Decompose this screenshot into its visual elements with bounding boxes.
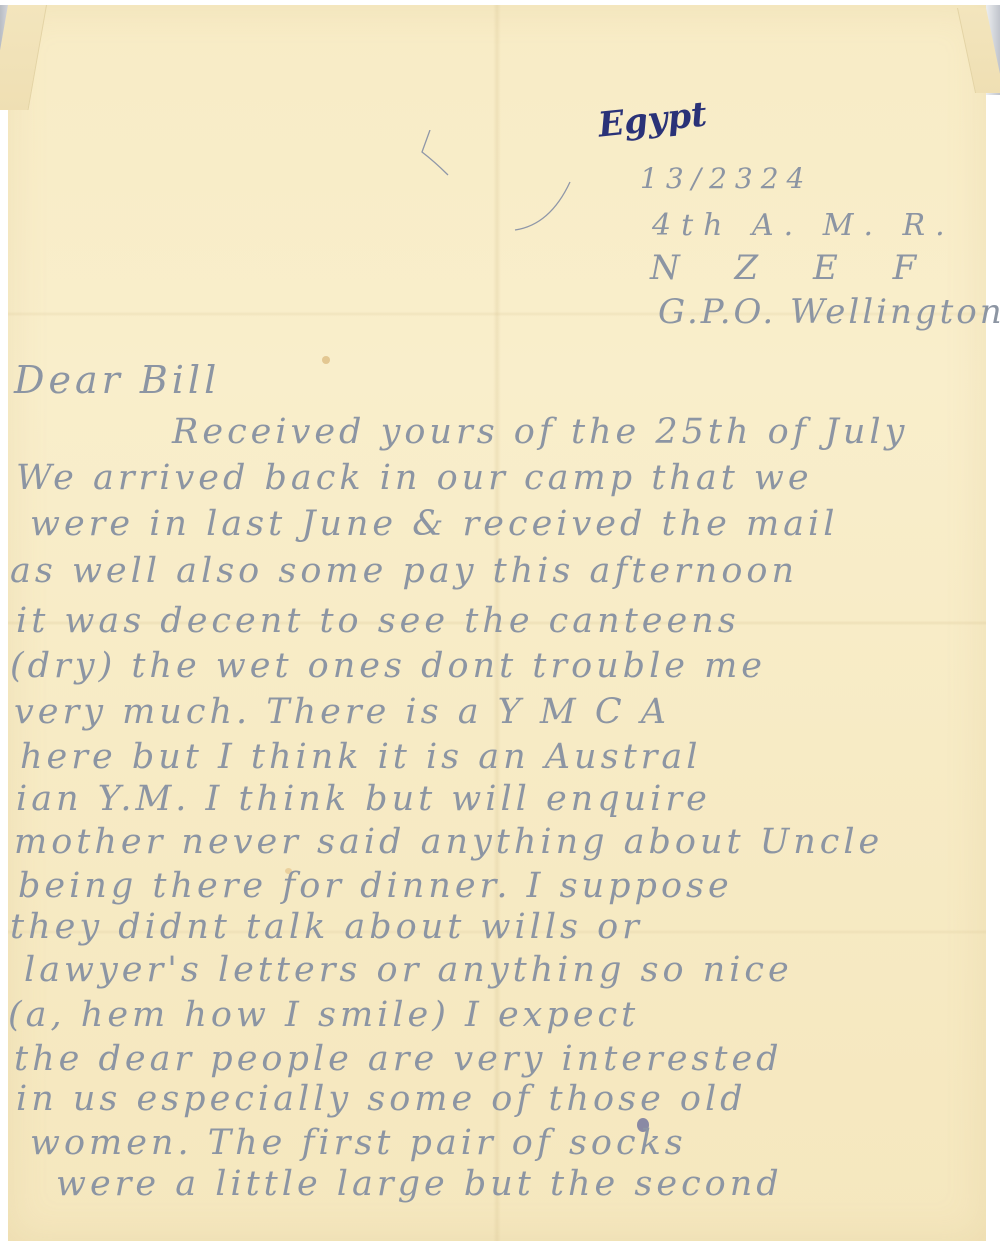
header-unit: 4th A. M. R. bbox=[652, 208, 955, 243]
letter-line-11: being there for dinner. I suppose bbox=[18, 866, 733, 906]
paper-stain bbox=[322, 356, 330, 364]
letter-line-7: very much. There is a Y M C A bbox=[14, 692, 670, 732]
letter-line-12: they didnt talk about wills or bbox=[10, 907, 643, 947]
letter-line-16: in us especially some of those old bbox=[16, 1079, 747, 1119]
letter-line-5: it was decent to see the canteens bbox=[16, 601, 740, 641]
letter-line-1: Received yours of the 25th of July bbox=[172, 412, 908, 452]
letter-line-3: were in last June & received the mail bbox=[30, 504, 838, 544]
letter-line-10: mother never said anything about Uncle bbox=[14, 822, 883, 862]
letter-line-2: We arrived back in our camp that we bbox=[16, 458, 813, 498]
letter-line-9: ian Y.M. I think but will enquire bbox=[16, 779, 711, 819]
letter-line-8: here but I think it is an Austral bbox=[20, 737, 701, 777]
letter-line-14: (a, hem how I smile) I expect bbox=[8, 995, 639, 1035]
letter-line-17: women. The first pair of socks bbox=[30, 1123, 687, 1163]
letter-line-6: (dry) the wet ones dont trouble me bbox=[10, 646, 766, 686]
header-address: G.P.O. Wellington bbox=[658, 292, 1000, 332]
letter-line-15: the dear people are very interested bbox=[14, 1039, 783, 1079]
salutation: Dear Bill bbox=[14, 358, 220, 402]
header-service-number: 13/2324 bbox=[640, 162, 812, 195]
scanned-letter-page: Egypt 13/2324 4th A. M. R. N Z E F G.P.O… bbox=[0, 0, 1000, 1249]
header-force: N Z E F bbox=[650, 248, 938, 288]
letter-line-4: as well also some pay this afternoon bbox=[10, 551, 798, 591]
letter-line-18: were a little large but the second bbox=[56, 1164, 783, 1204]
letter-line-13: lawyer's letters or anything so nice bbox=[24, 950, 793, 990]
